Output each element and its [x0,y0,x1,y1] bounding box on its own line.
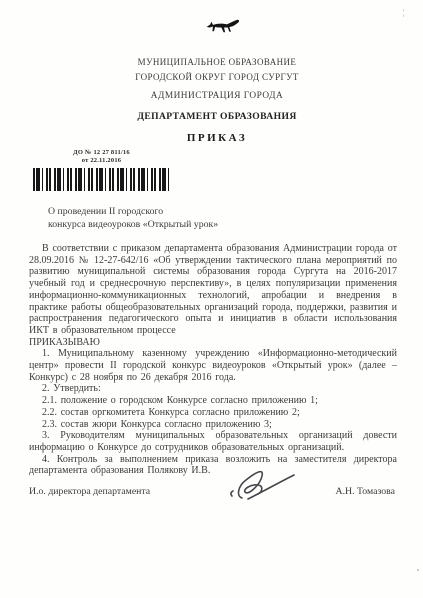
surgut-fox-emblem-icon [205,19,241,36]
administration-line: АДМИНИСТРАЦИЯ ГОРОДА [12,91,422,101]
order-item-4: 4. Контроль за выполнением приказа возло… [29,454,397,477]
stamp-number: ДО № 12 27 811/16 [33,149,170,157]
stamp-date: от 22.11.2016 [33,157,170,165]
scan-artifact-mark: ¦ [403,8,405,17]
signer-position: И.о. директора департамента [29,486,150,497]
order-item-2: 2. Утвердить: [29,383,397,395]
subject-line2: конкурса видеоуроков «Открытый урок» [48,219,218,232]
order-item-1: 1. Муниципальному казенному учреждению «… [29,348,397,383]
org-name-line1: МУНИЦИПАЛЬНОЕ ОБРАЗОВАНИЕ [12,55,422,70]
order-item-3: 3. Руководителям муниципальных образоват… [29,430,397,453]
municipal-entity-name: МУНИЦИПАЛЬНОЕ ОБРАЗОВАНИЕ ГОРОДСКОЙ ОКРУ… [12,55,422,85]
registration-stamp: ДО № 12 27 811/16 от 22.11.2016 [33,149,170,191]
subject-line1: О проведении II городского [48,206,218,219]
handwritten-signature [218,458,302,508]
intro-paragraph: В соответствии с приказом департамента о… [29,243,397,337]
order-subject: О проведении II городского конкурса виде… [48,206,218,231]
department-line: ДЕПАРТАМЕНТ ОБРАЗОВАНИЯ [12,111,422,122]
document-type-title: ПРИКАЗ [12,132,422,144]
signer-name: А.Н. Томазова [336,486,396,497]
order-item-2-1: 2.1. положение о городском Конкурсе согл… [29,395,397,407]
order-body: В соответствии с приказом департамента о… [29,243,397,477]
order-item-2-3: 2.3. состав жюри Конкурса согласно прило… [29,419,397,431]
org-name-line2: ГОРОДСКОЙ ОКРУГ ГОРОД СУРГУТ [12,70,422,85]
signature-row: И.о. директора департамента А.Н. Томазов… [29,486,395,497]
scanned-order-document: ¦ МУНИЦИПАЛЬНОЕ ОБРАЗОВАНИЕ ГОРОДСКОЙ ОК… [0,0,423,598]
order-item-2-2: 2.2. состав оргкомитета Конкурса согласн… [29,407,397,419]
scan-speck [417,569,419,571]
barcode [33,168,170,191]
order-word: ПРИКАЗЫВАЮ [29,337,397,349]
